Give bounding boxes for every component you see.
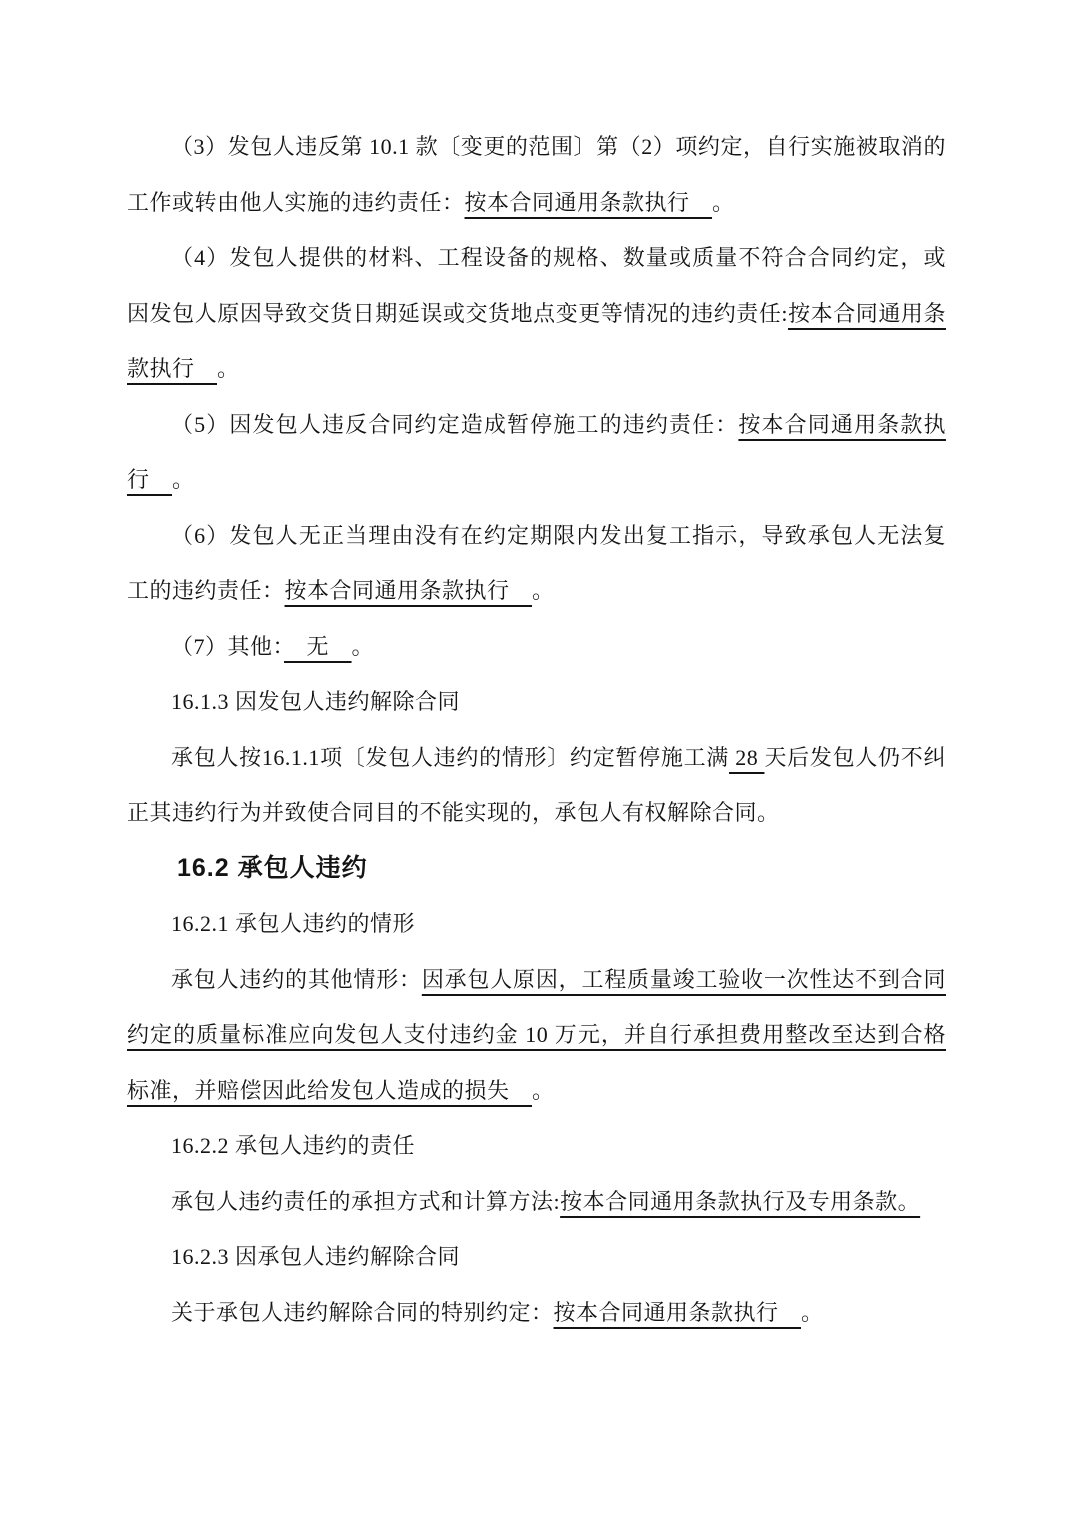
contract-document-page: （3）发包人违反第 10.1 款〔变更的范围〕第（2）项约定，自行实施被取消的工… xyxy=(0,0,1074,1520)
text-run: 。 xyxy=(532,578,555,603)
heading-text: 16.2.2 承包人违约的责任 xyxy=(171,1133,415,1158)
text-run: 承包人按16.1.1项〔发包人违约的情形〕约定暂停施工满 xyxy=(171,745,729,770)
text-run: 。 xyxy=(801,1300,824,1325)
text-run: 。 xyxy=(217,356,240,381)
filled-blank: 按本合同通用条款执行及专用条款。 xyxy=(560,1189,920,1214)
clause-item-6: （6）发包人无正当理由没有在约定期限内发出复工指示，导致承包人无法复工的违约责任… xyxy=(127,508,946,619)
text-run: 承包人违约的其他情形： xyxy=(171,967,422,992)
clause-item-4: （4）发包人提供的材料、工程设备的规格、数量或质量不符合合同约定，或因发包人原因… xyxy=(127,230,946,397)
clause-item-3: （3）发包人违反第 10.1 款〔变更的范围〕第（2）项约定，自行实施被取消的工… xyxy=(127,119,946,230)
clause-item-7: （7）其他： 无 。 xyxy=(127,619,946,675)
clause-item-5: （5）因发包人违反合同约定造成暂停施工的违约责任：按本合同通用条款执行 。 xyxy=(127,397,946,508)
filled-blank: 按本合同通用条款执行 xyxy=(554,1300,802,1325)
text-run: 。 xyxy=(712,190,735,215)
paragraph-16-2-3: 关于承包人违约解除合同的特别约定：按本合同通用条款执行 。 xyxy=(127,1285,946,1341)
text-run: 承包人违约责任的承担方式和计算方法: xyxy=(171,1189,560,1214)
section-heading-16-2-1: 16.2.1 承包人违约的情形 xyxy=(127,896,946,952)
heading-text: 16.2.3 因承包人违约解除合同 xyxy=(171,1244,460,1269)
section-heading-16-2-3: 16.2.3 因承包人违约解除合同 xyxy=(127,1229,946,1285)
filled-blank: 按本合同通用条款执行 xyxy=(285,578,533,603)
text-run: 关于承包人违约解除合同的特别约定： xyxy=(171,1300,554,1325)
section-heading-16-2: 16.2 承包人违约 xyxy=(127,841,946,897)
heading-text: 16.1.3 因发包人违约解除合同 xyxy=(171,689,460,714)
filled-blank: 按本合同通用条款执行 xyxy=(465,190,713,215)
heading-text: 16.2 承包人违约 xyxy=(177,854,368,882)
text-run: （7）其他： xyxy=(171,634,284,659)
filled-blank: 无 xyxy=(284,634,352,659)
section-heading-16-2-2: 16.2.2 承包人违约的责任 xyxy=(127,1118,946,1174)
text-run: 。 xyxy=(352,634,375,659)
filled-blank: 28 xyxy=(729,745,764,770)
heading-text: 16.2.1 承包人违约的情形 xyxy=(171,911,415,936)
paragraph-16-1-3: 承包人按16.1.1项〔发包人违约的情形〕约定暂停施工满 28 天后发包人仍不纠… xyxy=(127,730,946,841)
paragraph-16-2-1: 承包人违约的其他情形：因承包人原因，工程质量竣工验收一次性达不到合同约定的质量标… xyxy=(127,952,946,1119)
text-run: （5）因发包人违反合同约定造成暂停施工的违约责任： xyxy=(171,412,738,437)
section-heading-16-1-3: 16.1.3 因发包人违约解除合同 xyxy=(127,674,946,730)
paragraph-16-2-2: 承包人违约责任的承担方式和计算方法:按本合同通用条款执行及专用条款。 xyxy=(127,1174,946,1230)
text-run: 。 xyxy=(532,1078,555,1103)
text-run: 。 xyxy=(172,467,195,492)
